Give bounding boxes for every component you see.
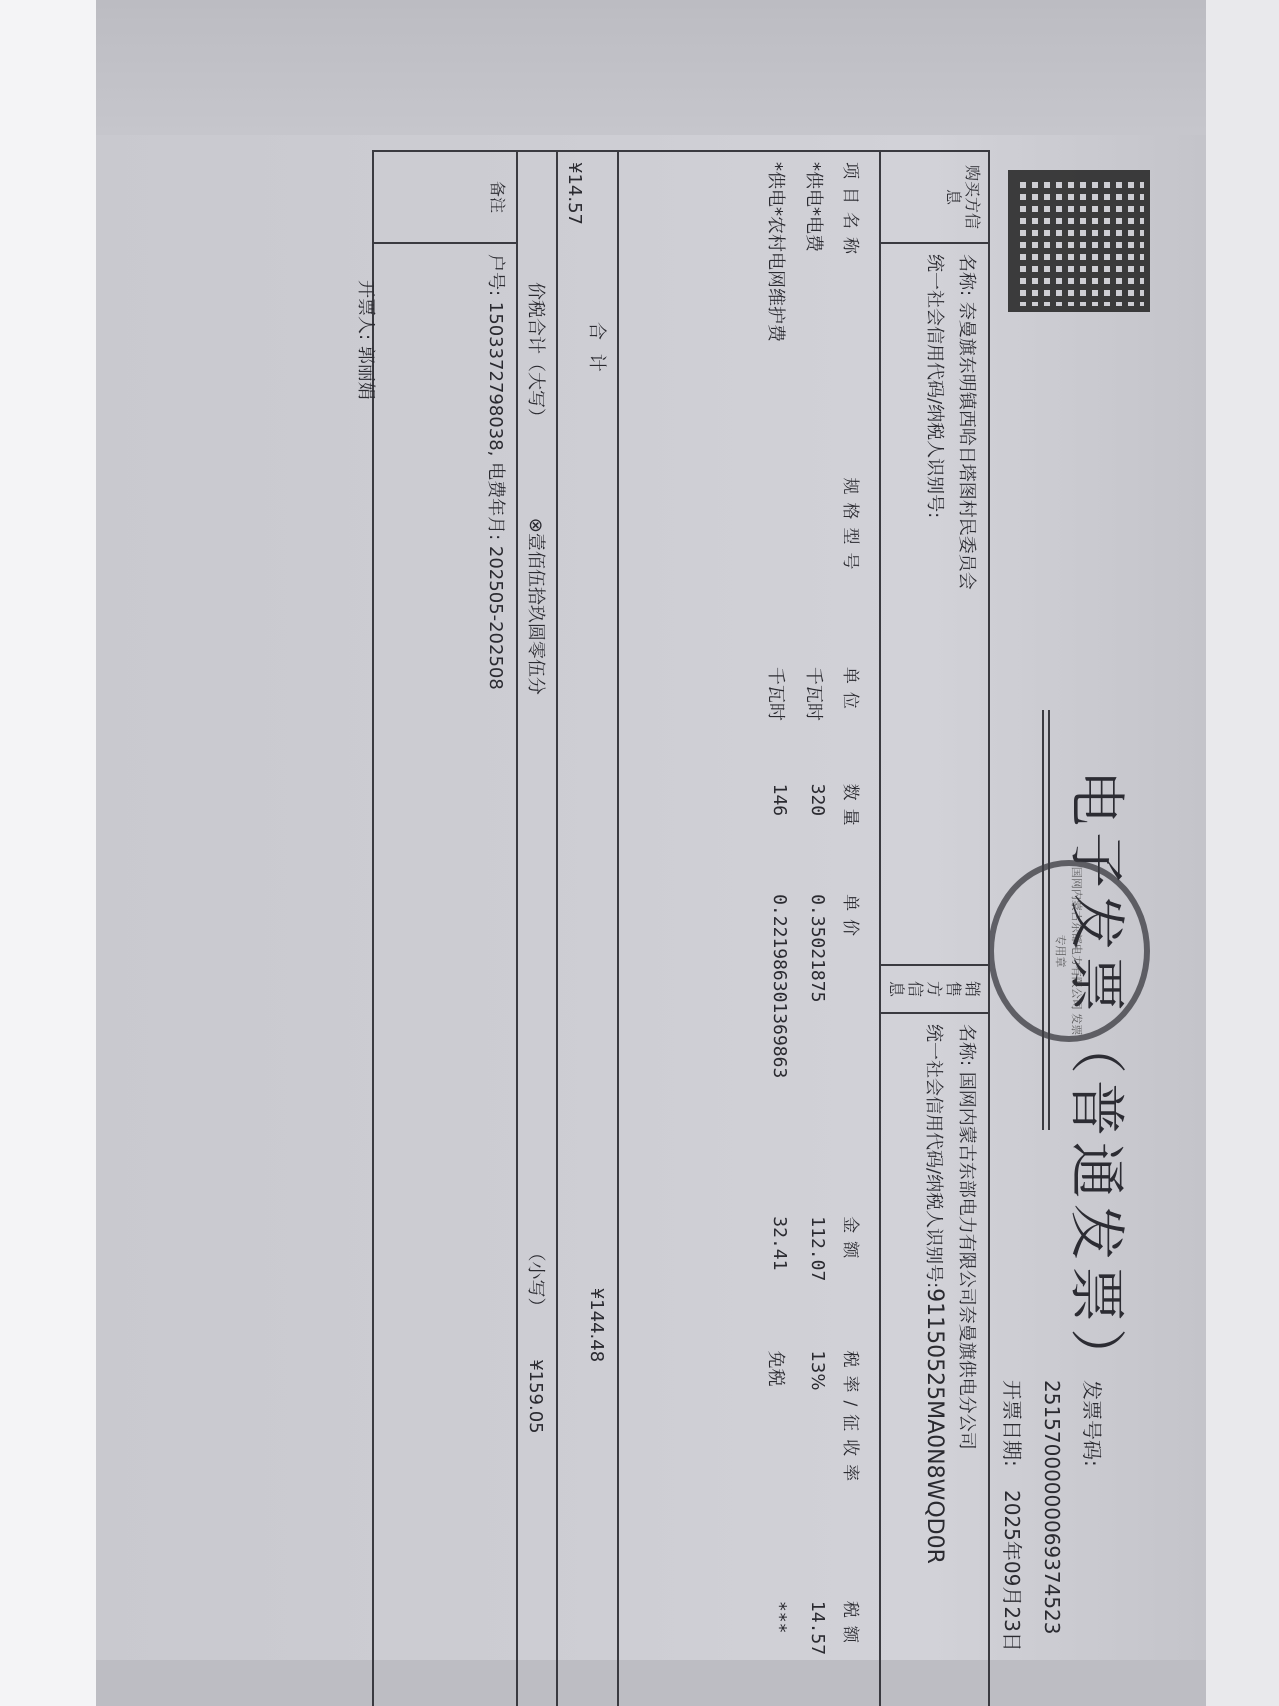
seller-name: 国网内蒙古东部电力有限公司奈曼旗供电分公司 (956, 1072, 977, 1450)
background-edge (1206, 0, 1279, 1706)
item-spec (796, 468, 834, 657)
seller-info: 名称: 国网内蒙古东部电力有限公司奈曼旗供电分公司 统一社会信用代码/纳税人识别… (880, 1013, 989, 1706)
seller-name-label: 名称: (956, 1024, 977, 1066)
col-rate: 税率/征收率 (834, 1340, 879, 1590)
buyer-section-label: 购买方信息 (880, 151, 989, 243)
item-tax: 14.57 (796, 1591, 834, 1706)
table-row: *供电*电费 千瓦时 320 0.35021875 112.07 13% 14.… (796, 152, 834, 1706)
figures-value: ¥159.05 (525, 1359, 546, 1433)
item-unit: 千瓦时 (796, 657, 834, 774)
official-seal-icon: 国网内蒙古东部电力有限公司 发票专用章 (988, 860, 1150, 1042)
total-label: 合 计 (585, 162, 611, 1282)
col-amount: 金额 (834, 1206, 879, 1340)
item-tax: *** (758, 1591, 796, 1706)
items-header: 项目名称 规格型号 单位 数量 单价 金额 税率/征收率 税额 (834, 152, 879, 1706)
issuer-name: 郭丽娟 (355, 346, 376, 400)
item-name: *供电*电费 (796, 152, 834, 468)
seal-text: 国网内蒙古东部电力有限公司 发票专用章 (1053, 866, 1085, 1036)
parties-row: 购买方信息 名称: 奈曼旗东明镇西哈日塔图村民委员会 统一社会信用代码/纳税人识… (880, 151, 989, 1706)
remark-text: 户号: 1503372798038, 电费年月: 202505-202508 (373, 243, 517, 1706)
col-price: 单价 (834, 884, 879, 1206)
invoice-date: 2025年09月23日 (1000, 1490, 1024, 1652)
item-amount: 32.41 (758, 1206, 796, 1340)
remark-row: 备注 户号: 1503372798038, 电费年月: 202505-20250… (373, 151, 517, 1706)
item-name: *供电*农村电网维护费 (758, 152, 796, 468)
issuer-label: 开票人: (355, 280, 376, 340)
grand-total-row: 价税合计（大写） ⊗壹佰伍拾玖圆零伍分 （小写） ¥159.05 (517, 151, 557, 1706)
buyer-info: 名称: 奈曼旗东明镇西哈日塔图村民委员会 统一社会信用代码/纳税人识别号: (880, 243, 989, 965)
table-row: *供电*农村电网维护费 千瓦时 146 0.221986301369863 32… (758, 152, 796, 1706)
item-unit: 千瓦时 (758, 657, 796, 774)
buyer-name: 奈曼旗东明镇西哈日塔图村民委员会 (956, 302, 977, 590)
col-spec: 规格型号 (834, 468, 879, 657)
item-amount: 112.07 (796, 1206, 834, 1340)
seller-taxid: 91150525MA0N8WQD0R (922, 1288, 947, 1564)
issuer: 开票人: 郭丽娟 (354, 280, 380, 400)
words-value: ⊗壹佰伍拾玖圆零伍分 (524, 518, 550, 1238)
item-rate: 13% (796, 1340, 834, 1590)
invoice-meta: 发票号码:25157000000069374523 开票日期:2025年09月2… (992, 1380, 1112, 1706)
col-qty: 数量 (834, 774, 879, 884)
date-label: 开票日期: (992, 1380, 1032, 1490)
words-label: 价税合计（大写） (524, 162, 550, 512)
background-margin (0, 0, 96, 1706)
item-price: 0.35021875 (796, 884, 834, 1206)
invoice-document: 电子发票（普通发票） 国网内蒙古东部电力有限公司 发票专用章 发票号码:2515… (260, 150, 1160, 1706)
paper-shadow-top (96, 0, 1206, 135)
seller-taxid-label: 统一社会信用代码/纳税人识别号: (923, 1024, 944, 1288)
items-section: 项目名称 规格型号 单位 数量 单价 金额 税率/征收率 税额 *供电*电费 千… (618, 151, 880, 1706)
invoice-no-label: 发票号码: (1072, 1380, 1112, 1490)
total-tax: ¥14.57 (564, 162, 585, 225)
item-qty: 146 (758, 774, 796, 884)
col-tax: 税额 (834, 1591, 879, 1706)
seller-section-label: 销售方信息 (880, 965, 989, 1013)
items-table: 项目名称 规格型号 单位 数量 单价 金额 税率/征收率 税额 *供电*电费 千… (758, 152, 879, 1706)
buyer-taxid-label: 统一社会信用代码/纳税人识别号: (924, 254, 945, 518)
col-unit: 单位 (834, 657, 879, 774)
total-amount: ¥144.48 (586, 1288, 607, 1668)
item-spec (758, 468, 796, 657)
invoice-no: 25157000000069374523 (1040, 1380, 1064, 1635)
total-row: 合 计 ¥144.48 ¥14.57 (557, 151, 618, 1706)
item-price: 0.221986301369863 (758, 884, 796, 1206)
item-qty: 320 (796, 774, 834, 884)
col-name: 项目名称 (834, 152, 879, 468)
remark-label: 备注 (373, 151, 517, 243)
invoice-table: 购买方信息 名称: 奈曼旗东明镇西哈日塔图村民委员会 统一社会信用代码/纳税人识… (372, 150, 990, 1706)
item-rate: 免税 (758, 1340, 796, 1590)
figures-label: （小写） (524, 1243, 550, 1353)
qr-code-icon (1008, 170, 1150, 312)
buyer-name-label: 名称: (956, 254, 977, 296)
